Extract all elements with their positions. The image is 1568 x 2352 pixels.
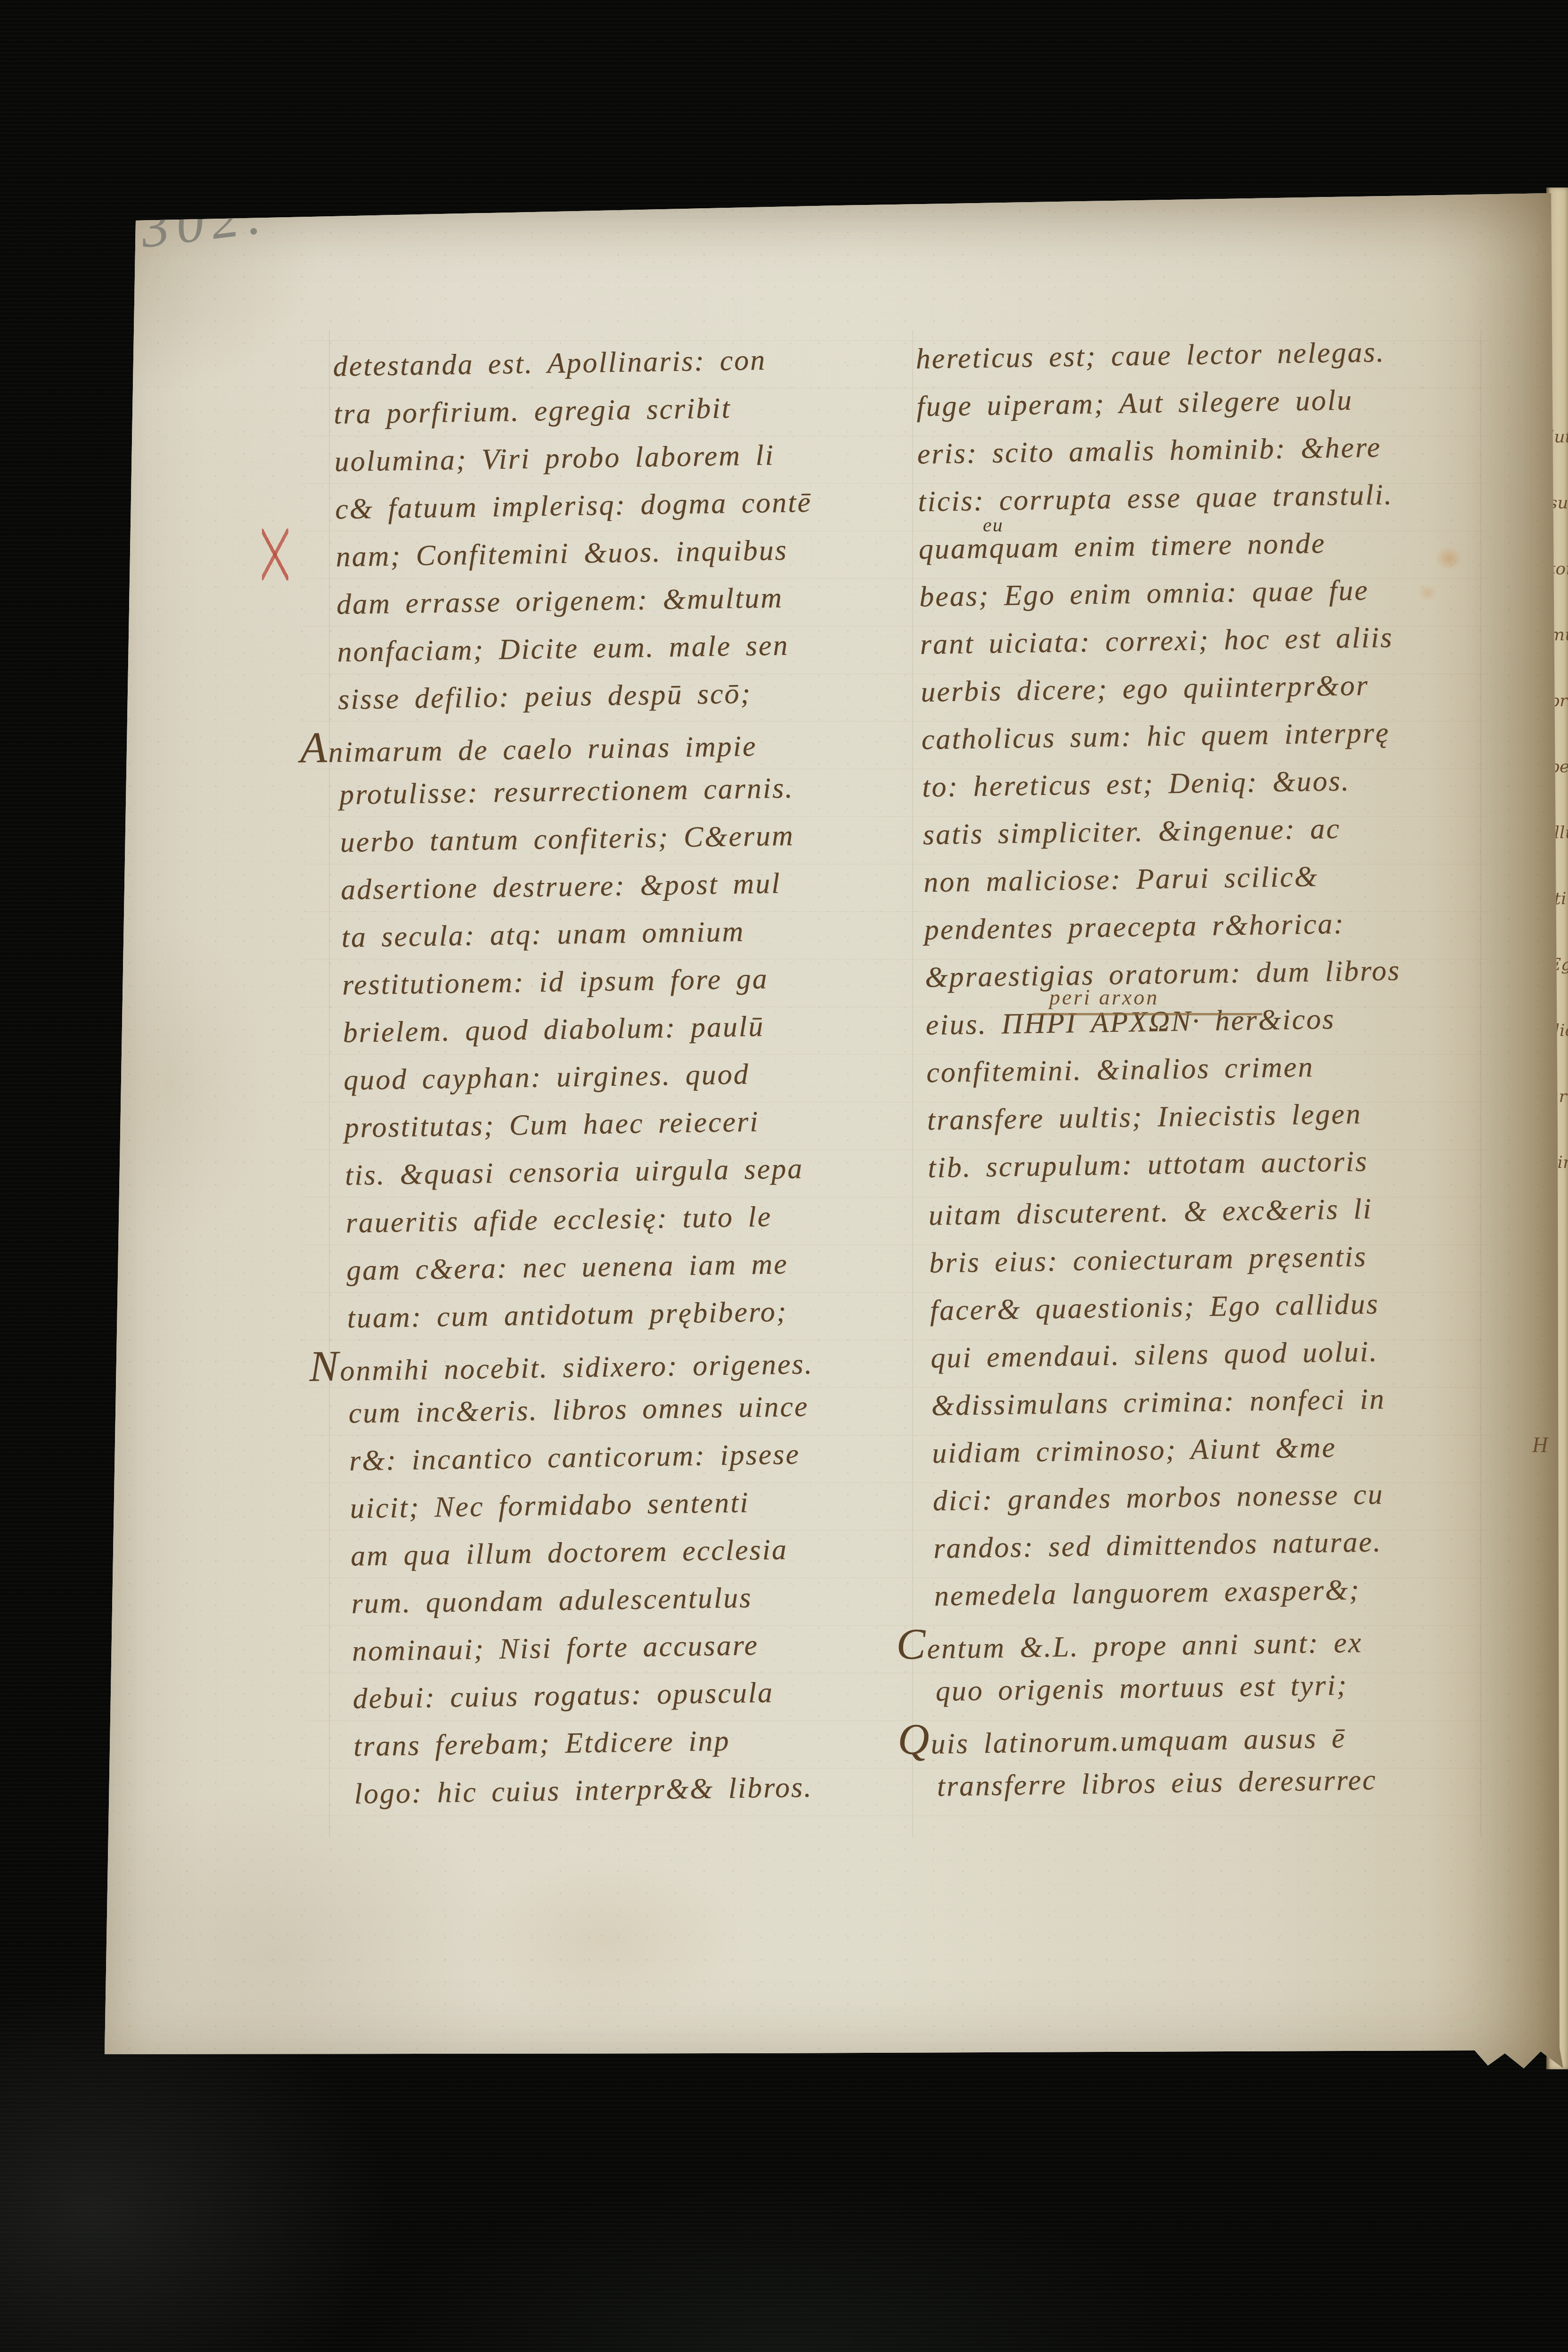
manuscript-page: 302. detestanda est. Apollinaris: contra…: [0, 0, 1568, 2352]
text-line: logo: hic cuius interpr&& libros.: [354, 1764, 831, 1818]
text-line: am qua illum doctorem ecclesia: [350, 1526, 827, 1580]
text-line: tib. scrupulum: uttotam auctoris: [927, 1137, 1404, 1192]
text-line: detestanda est. Apollinaris: con: [333, 336, 810, 391]
text-line: quo origenis mortuus est tyri;: [935, 1661, 1412, 1715]
text-line: transferre libros eius deresurrec: [937, 1756, 1413, 1811]
text-line: gam c&era: nec uenena iam me: [346, 1240, 823, 1295]
text-line: facer& quaestionis; Ego callidus: [930, 1280, 1406, 1335]
text-line: ta secula: atq: unam omnium: [341, 907, 818, 962]
text-line: non maliciose: Parui scilic&: [923, 852, 1399, 906]
text-line: prostitutas; Cum haec reieceri: [344, 1097, 821, 1152]
text-line: Centum &.L. prope anni sunt: ex: [896, 1613, 1411, 1668]
text-line: protulisse: resurrectionem carnis.: [339, 764, 816, 819]
text-line: uicit; Nec formidabo sententi: [350, 1478, 827, 1533]
text-line: eris: scito amalis hominib: &here: [917, 424, 1393, 478]
text-line: tuam: cum antidotum prębibero;: [347, 1288, 824, 1342]
text-line: bris eius: coniecturam pręsentis: [929, 1233, 1405, 1287]
text-line: &dissimulans crimina: nonfeci in: [931, 1375, 1407, 1430]
text-line: satis simpliciter. &ingenue: ac: [923, 804, 1399, 859]
photograph-background: { "marginalia": { "pencil_page_number": …: [0, 0, 1568, 2352]
text-line: uerbo tantum confiteris; C&erum: [340, 812, 817, 866]
pencil-page-number: 302.: [138, 186, 271, 257]
text-line: to: hereticus est; Deniq: &uos.: [922, 757, 1398, 811]
text-line: dam errasse origenem: &multum: [336, 574, 813, 629]
text-line: r&: incantico canticorum: ipsese: [349, 1430, 826, 1485]
text-line: Quis latinorum.umquam ausus ē: [897, 1708, 1412, 1764]
text-line: confitemini. &inalios crimen: [926, 1042, 1402, 1097]
text-line: Nonmihi nocebit. sidixero: origenes.: [309, 1335, 825, 1390]
text-line: trans ferebam; Etdicere inp: [353, 1716, 830, 1771]
text-line: pendentes praecepta r&horica:: [924, 899, 1400, 954]
text-line: rant uiciata: correxi; hoc est aliis: [920, 614, 1396, 669]
text-line: nonfaciam; Dicite eum. male sen: [337, 621, 814, 676]
text-line: nominaui; Nisi forte accusare: [351, 1621, 829, 1675]
text-line: transfere uultis; Iniecistis legen: [927, 1090, 1403, 1144]
greek-gloss: peri arxon: [1033, 987, 1262, 1015]
text-line: beas; Ego enim omnia: quae fue: [919, 566, 1395, 621]
text-line: raueritis afide ecclesię: tuto le: [345, 1192, 823, 1247]
text-line: quod cayphan: uirgines. quod: [343, 1050, 820, 1104]
text-line: brielem. quod diabolum: paulū: [343, 1002, 820, 1057]
text-line: uidiam criminoso; Aiunt &me: [931, 1423, 1408, 1478]
text-line: sisse defilio: peius despū scō;: [337, 669, 815, 724]
text-line: uitam discuterent. & exc&eris li: [928, 1185, 1405, 1240]
right-text-column: hereticus est; caue lector nelegas.fuge …: [915, 328, 1413, 1811]
margin-mark: H: [1532, 1434, 1548, 1456]
red-cross-mark-icon: [262, 529, 288, 580]
text-line: uolumina; Viri probo laborem li: [334, 431, 811, 486]
text-line: dici: grandes morbos nonesse cu: [932, 1470, 1409, 1525]
text-line: nam; Confitemini &uos. inquibus: [335, 526, 813, 581]
text-line: Animarum de caelo ruinas impie: [300, 717, 816, 772]
text-line: catholicus sum: hic quem interprę: [921, 709, 1397, 764]
text-line: randos: sed dimittendos naturae.: [933, 1518, 1409, 1573]
text-line: tis. &quasi censoria uirgula sepa: [344, 1145, 822, 1200]
text-line: tra porfirium. egregia scribit: [333, 384, 810, 438]
text-line: nemedela languorem exasper&;: [934, 1566, 1410, 1620]
text-line: cum inc&eris. libros omnes uince: [348, 1383, 825, 1437]
text-line: rum. quondam adulescentulus: [351, 1573, 828, 1628]
text-line: restitutionem: id ipsum fore ga: [342, 955, 819, 1009]
text-line: hereticus est; caue lector nelegas.: [915, 328, 1392, 383]
text-line: qui emendaui. silens quod uolui.: [930, 1328, 1406, 1382]
text-line: uerbis dicere; ego quiinterpr&or: [920, 661, 1396, 716]
text-line: fuge uiperam; Aut silegere uolu: [916, 376, 1392, 431]
text-line: adsertione destruere: &post mul: [340, 859, 817, 914]
left-text-column: detestanda est. Apollinaris: contra porf…: [333, 336, 831, 1818]
interlinear-correction: eu: [983, 515, 1004, 535]
text-line: c& fatuum implerisq: dogma contē: [335, 479, 812, 533]
text-line: debui: cuius rogatus: opuscula: [352, 1668, 830, 1723]
